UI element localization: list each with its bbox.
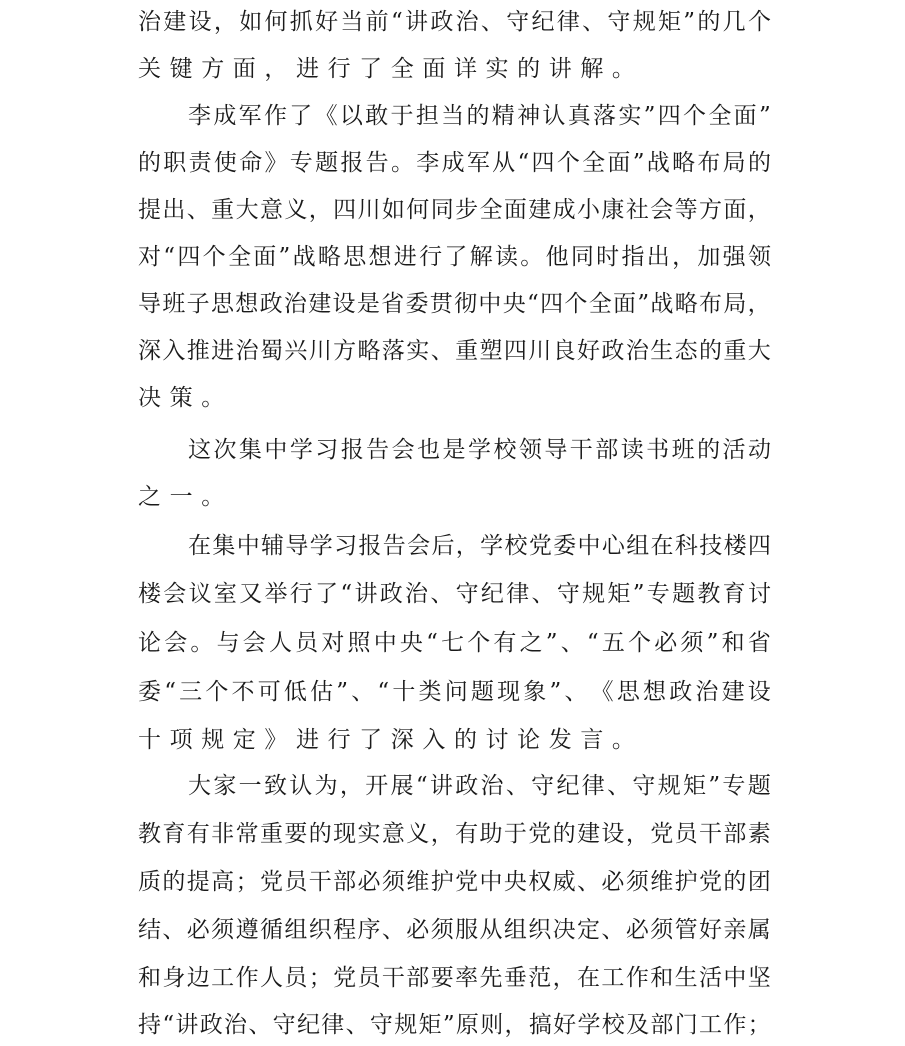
text-line: 持“讲政治、守纪律、守规矩”原则，搞好学校及部门工作； — [138, 1009, 771, 1041]
text-line: 关键方面，进行了全面详实的讲解。 — [138, 53, 771, 85]
text-line: 在集中辅导学习报告会后，学校党委中心组在科技楼四 — [188, 530, 771, 562]
text-line: 十项规定》进行了深入的讨论发言。 — [138, 724, 771, 756]
text-line: 决策。 — [138, 382, 771, 414]
document-page: 治建设，如何抓好当前“讲政治、守纪律、守规矩”的几个 关键方面，进行了全面详实的… — [0, 0, 905, 1046]
text-line: 之一。 — [138, 481, 771, 513]
text-line: 质的提高；党员干部必须维护党中央权威、必须维护党的团 — [138, 866, 771, 898]
text-line: 和身边工作人员；党员干部要率先垂范，在工作和生活中坚 — [138, 962, 771, 994]
text-line: 楼会议室又举行了“讲政治、守纪律、守规矩”专题教育讨 — [138, 578, 771, 610]
text-line: 结、必须遵循组织程序、必须服从组织决定、必须管好亲属 — [138, 914, 771, 946]
text-line: 提出、重大意义，四川如何同步全面建成小康社会等方面， — [138, 194, 771, 226]
text-line: 治建设，如何抓好当前“讲政治、守纪律、守规矩”的几个 — [138, 6, 771, 38]
text-line: 论会。与会人员对照中央“七个有之”、“五个必须”和省 — [138, 627, 771, 659]
text-line: 的职责使命》专题报告。李成军从“四个全面”战略布局的 — [138, 147, 771, 179]
text-line: 导班子思想政治建设是省委贯彻中央“四个全面”战略布局， — [138, 288, 771, 320]
text-line: 教育有非常重要的现实意义，有助于党的建设，党员干部素 — [138, 818, 771, 850]
text-line: 对“四个全面”战略思想进行了解读。他同时指出，加强领 — [138, 241, 771, 273]
text-line: 这次集中学习报告会也是学校领导干部读书班的活动 — [188, 434, 771, 466]
text-line: 深入推进治蜀兴川方略落实、重塑四川良好政治生态的重大 — [138, 335, 771, 367]
text-line: 委“三个不可低估”、“十类问题现象”、《思想政治建设 — [138, 676, 771, 708]
text-line: 大家一致认为，开展“讲政治、守纪律、守规矩”专题 — [188, 770, 771, 802]
text-line: 李成军作了《以敢于担当的精神认真落实”四个全面” — [188, 100, 771, 132]
